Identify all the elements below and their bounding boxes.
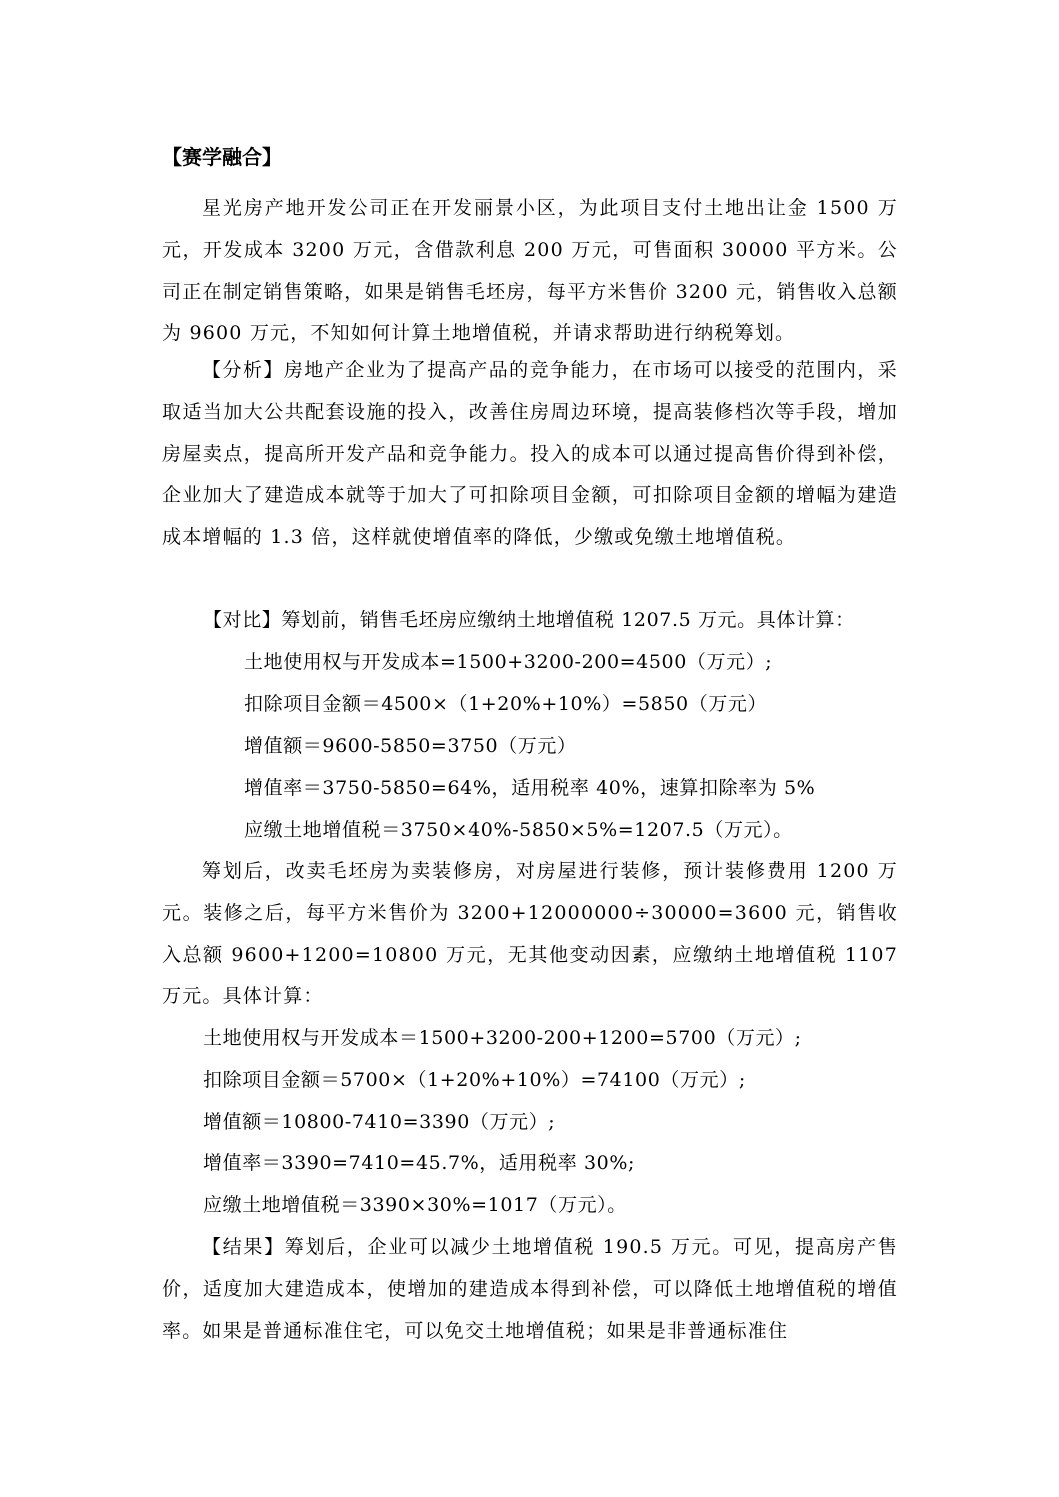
after-calc-line: 增值额＝10800-7410=3390（万元）;	[203, 1102, 555, 1144]
document-page: 【赛学融合】 星光房产地开发公司正在开发丽景小区，为此项目支付土地出让金 150…	[0, 0, 1059, 1497]
before-calc-line: 应缴土地增值税＝3750×40%-5850×5%=1207.5（万元）。	[244, 810, 793, 852]
result-paragraph: 【结果】筹划后，企业可以减少土地增值税 190.5 万元。可见，提高房产售价，适…	[162, 1227, 898, 1352]
after-paragraph: 筹划后，改卖毛坯房为卖装修房，对房屋进行装修，预计装修费用 1200 万元。装修…	[162, 851, 898, 1018]
before-calc-line: 增值率＝3750-5850=64%，适用税率 40%，速算扣除率为 5%	[244, 768, 815, 810]
after-calc-line: 应缴土地增值税＝3390×30%=1017（万元）。	[203, 1185, 627, 1227]
analysis-paragraph: 【分析】房地产企业为了提高产品的竞争能力，在市场可以接受的范围内，采取适当加大公…	[162, 350, 898, 559]
after-calc-line: 土地使用权与开发成本＝1500+3200-200+1200=5700（万元）;	[203, 1018, 802, 1060]
before-calc-line: 扣除项目金额＝4500×（1+20%+10%）=5850（万元）	[244, 684, 767, 726]
case-paragraph: 星光房产地开发公司正在开发丽景小区，为此项目支付土地出让金 1500 万元，开发…	[162, 188, 898, 355]
section-heading: 【赛学融合】	[162, 143, 282, 171]
after-calc-line: 增值率＝3390=7410=45.7%，适用税率 30%;	[203, 1143, 635, 1185]
after-calc-line: 扣除项目金额＝5700×（1+20%+10%）=74100（万元）;	[203, 1060, 746, 1102]
before-calc-line: 土地使用权与开发成本=1500+3200-200=4500（万元）;	[244, 642, 772, 684]
before-calc-line: 增值额＝9600-5850=3750（万元）	[244, 726, 577, 768]
comparison-intro: 【对比】筹划前，销售毛坯房应缴纳土地增值税 1207.5 万元。具体计算：	[203, 600, 855, 642]
